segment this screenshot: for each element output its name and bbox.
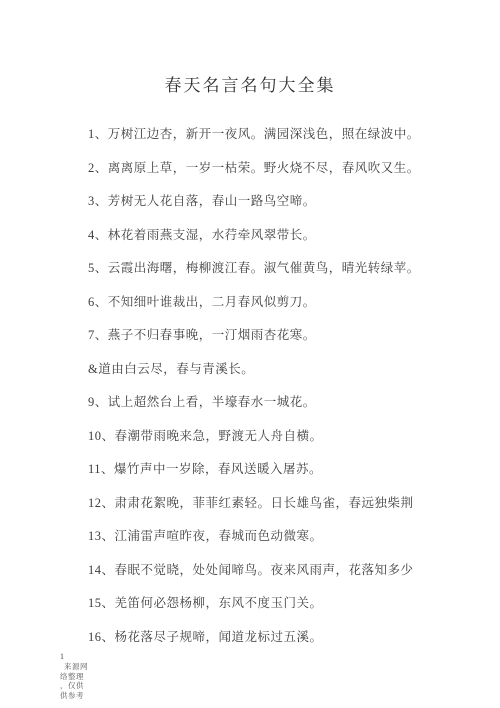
footnote: 1 来源网 络整理 ，仅供 供参考 <box>60 652 94 700</box>
page-title: 春天名言名句大全集 <box>0 71 500 96</box>
footnote-text-line: 供参考 <box>60 691 94 701</box>
footnote-text-line: 来源网 <box>60 662 94 672</box>
quote-line-5: 5、云霞出海曙，梅柳渡江春。淑气催黄鸟，晴光转绿苹。 <box>88 260 460 277</box>
document-page: 春天名言名句大全集 1、万树江边杏，新开一夜风。满园深浅色，照在绿波中。 2、离… <box>0 0 500 708</box>
quote-line-1: 1、万树江边杏，新开一夜风。满园深浅色，照在绿波中。 <box>88 126 460 143</box>
quote-line-4: 4、林花着雨燕支湿，水荇牵风翠带长。 <box>88 227 460 244</box>
quote-line-7: 7、燕子不归春事晚，一汀烟雨杏花寒。 <box>88 327 460 344</box>
quote-line-11: 11、爆竹声中一岁除，春风送暖入屠苏。 <box>88 461 460 478</box>
quote-line-8: &道由白云尽，春与青溪长。 <box>88 361 460 378</box>
quote-line-2: 2、离离原上草，一岁一枯荣。野火烧不尽，春风吹又生。 <box>88 160 460 177</box>
quote-line-9: 9、试上超然台上看，半壕春水一城花。 <box>88 394 460 411</box>
footnote-text-line: ，仅供 <box>60 681 94 691</box>
quote-line-12: 12、肃肃花絮晚，菲菲红素轻。日长雄鸟雀，春远独柴荆 <box>88 495 460 512</box>
footnote-text-line: 络整理 <box>60 672 94 682</box>
quote-line-13: 13、江浦雷声喧昨夜，春城而色动微寒。 <box>88 528 460 545</box>
quote-line-15: 15、羌笛何必怨杨柳，东风不度玉门关。 <box>88 595 460 612</box>
quote-line-14: 14、春眠不觉晓，处处闻啼鸟。夜来风雨声，花落知多少 <box>88 562 460 579</box>
quote-line-3: 3、芳树无人花自落，春山一路鸟空啼。 <box>88 193 460 210</box>
quote-list: 1、万树江边杏，新开一夜风。满园深浅色，照在绿波中。 2、离离原上草，一岁一枯荣… <box>88 126 460 662</box>
quote-line-10: 10、春潮带雨晚来急，野渡无人舟自横。 <box>88 428 460 445</box>
quote-line-6: 6、不知细叶谁裁出，二月春风似剪刀。 <box>88 294 460 311</box>
footnote-marker: 1 <box>60 652 94 661</box>
quote-line-16: 16、杨花落尽子规啼，闻道龙标过五溪。 <box>88 629 460 646</box>
